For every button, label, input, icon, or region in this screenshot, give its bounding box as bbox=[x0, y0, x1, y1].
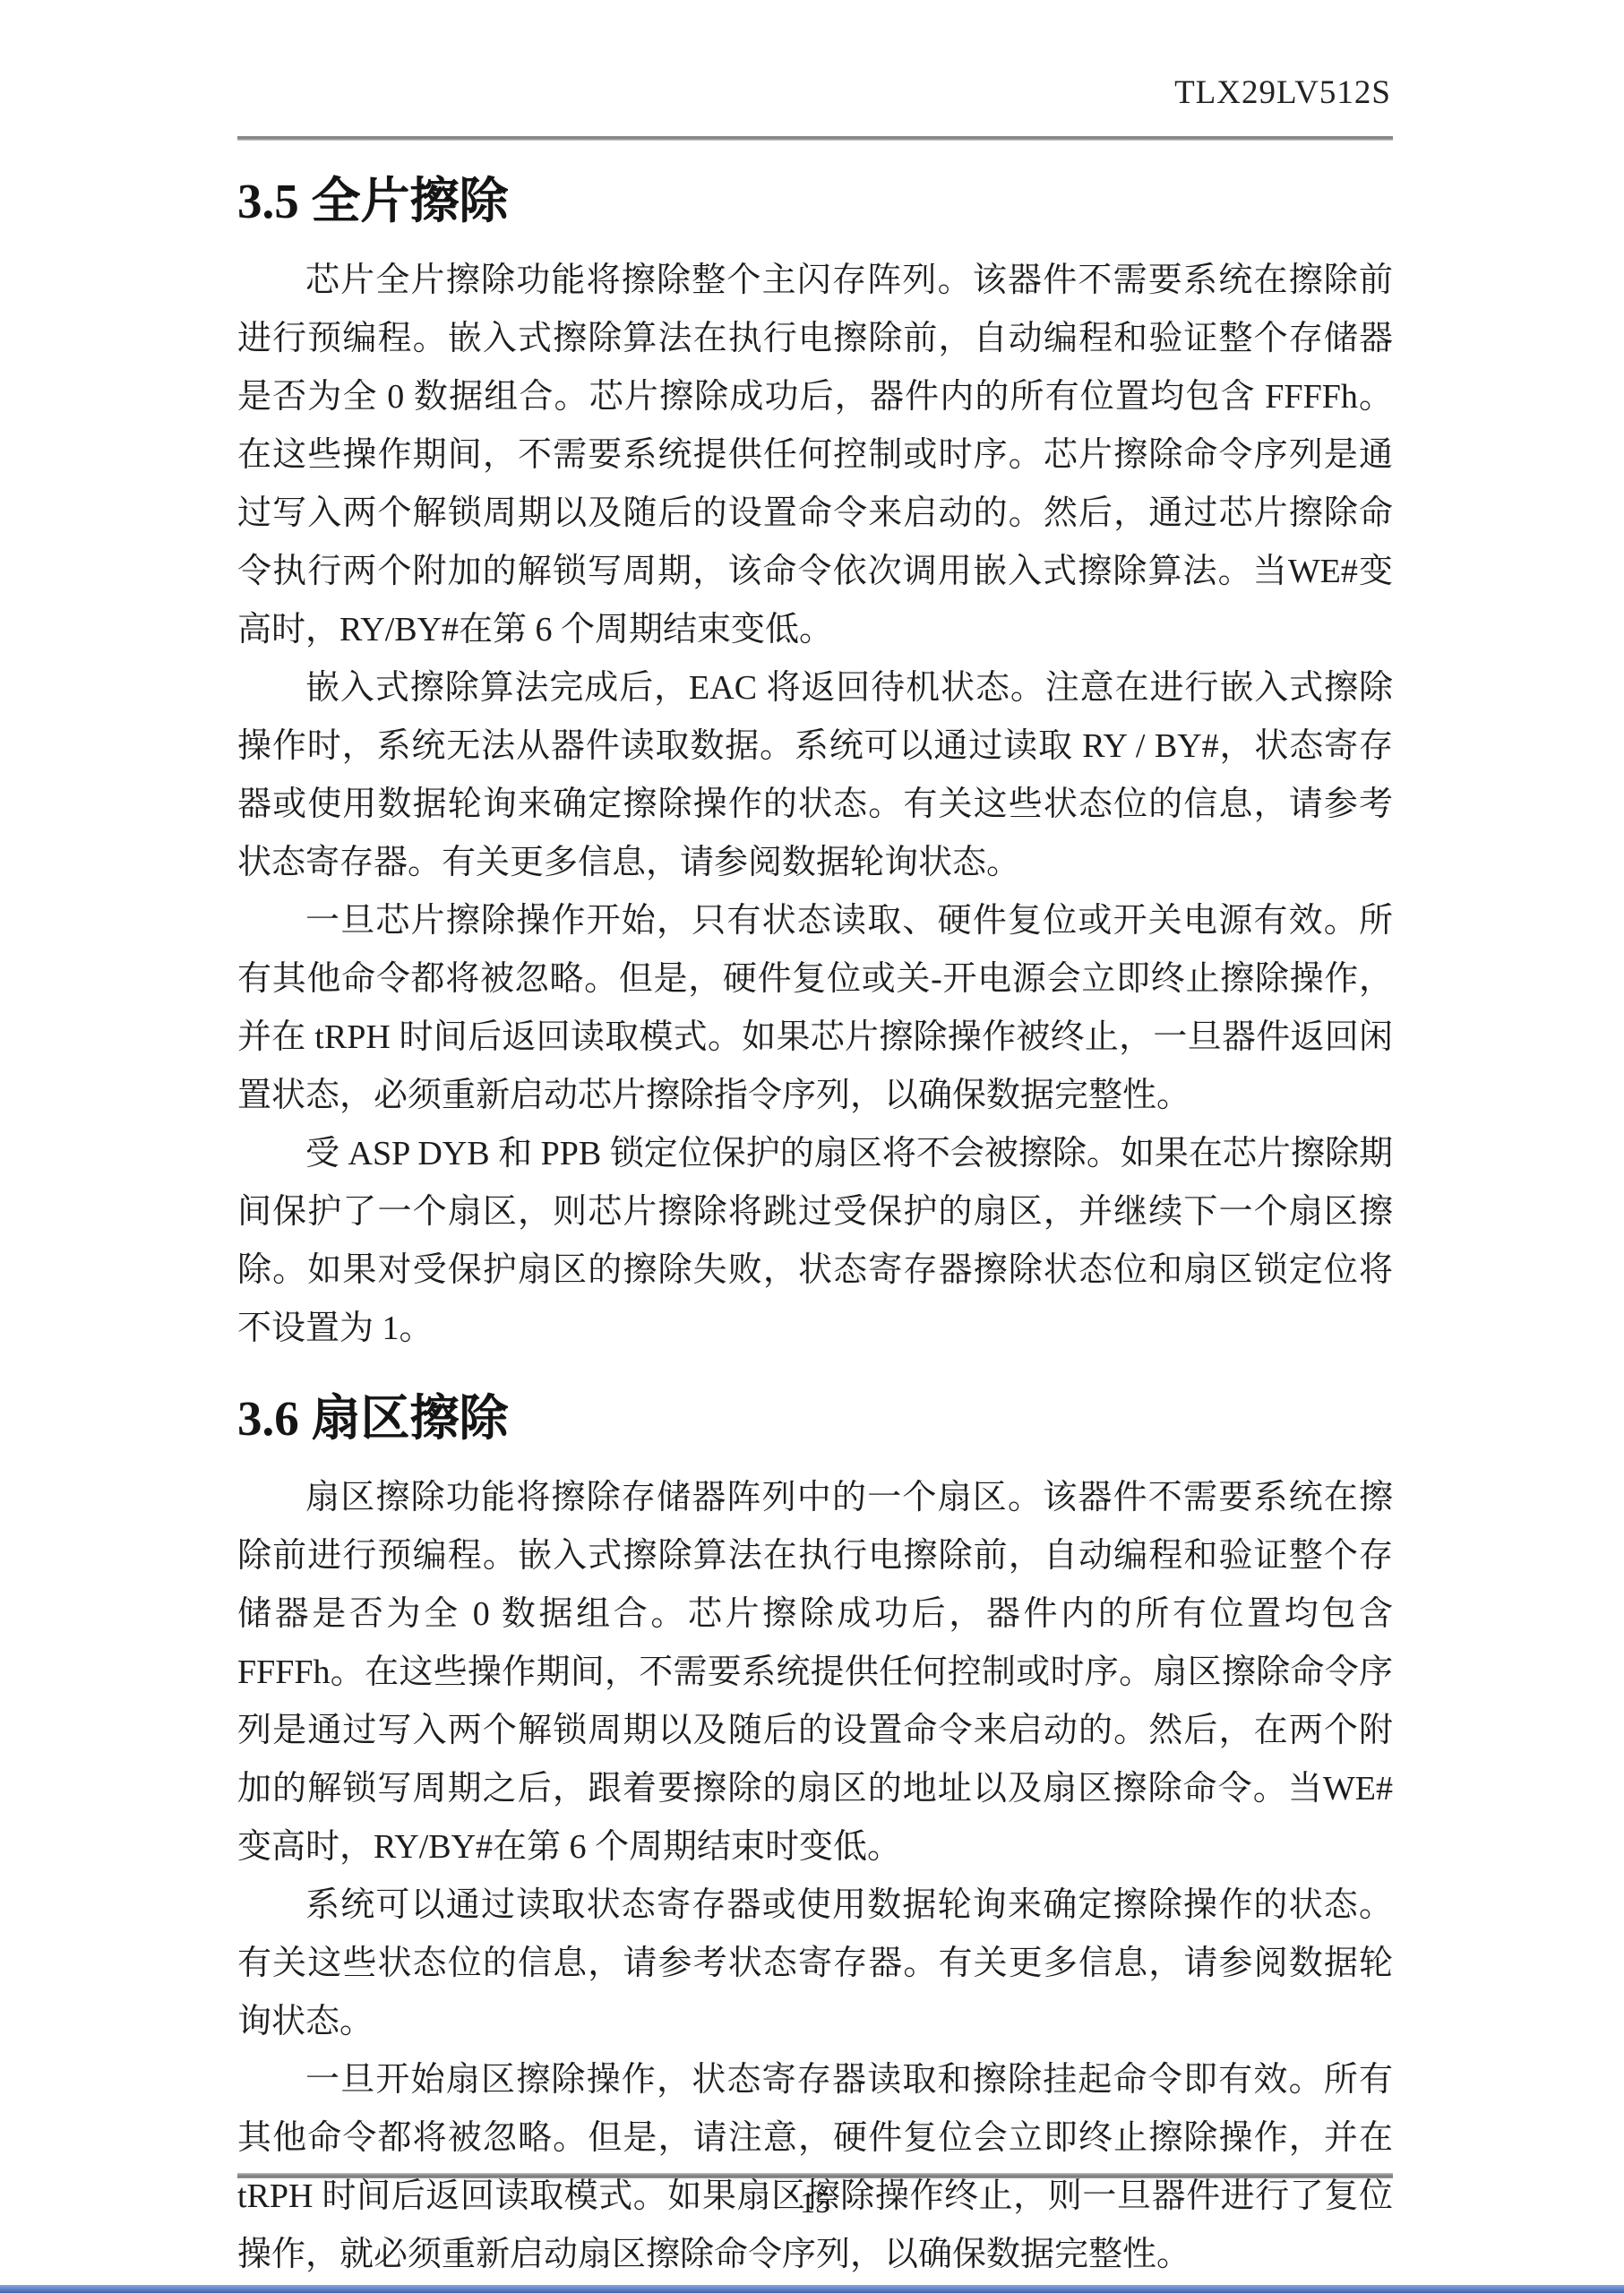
header-rule bbox=[237, 136, 1393, 141]
section-sector-erase: 3.6 扇区擦除 扇区擦除功能将擦除存储器阵列中的一个扇区。该器件不需要系统在擦… bbox=[237, 1387, 1393, 2284]
paragraph: 芯片全片擦除功能将擦除整个主闪存阵列。该器件不需要系统在擦除前进行预编程。嵌入式… bbox=[237, 252, 1393, 659]
section-3-5-heading: 3.5 全片擦除 bbox=[237, 169, 1393, 234]
paragraph: 一旦芯片擦除操作开始，只有状态读取、硬件复位或开关电源有效。所有其他命令都将被忽… bbox=[237, 892, 1393, 1125]
paragraph: 一旦开始扇区擦除操作，状态寄存器读取和擦除挂起命令即有效。所有其他命令都将被忽略… bbox=[237, 2051, 1393, 2284]
paragraph: 扇区擦除功能将擦除存储器阵列中的一个扇区。该器件不需要系统在擦除前进行预编程。嵌… bbox=[237, 1469, 1393, 1876]
document-page: TLX29LV512S 3.5 全片擦除 芯片全片擦除功能将擦除整个主闪存阵列。… bbox=[0, 0, 1624, 2293]
paragraph: 系统可以通过读取状态寄存器或使用数据轮询来确定擦除操作的状态。有关这些状态位的信… bbox=[237, 1876, 1393, 2051]
paragraph: 受 ASP DYB 和 PPB 锁定位保护的扇区将不会被擦除。如果在芯片擦除期间… bbox=[237, 1125, 1393, 1358]
section-chip-erase: 3.5 全片擦除 芯片全片擦除功能将擦除整个主闪存阵列。该器件不需要系统在擦除前… bbox=[237, 169, 1393, 1358]
section-3-6-heading: 3.6 扇区擦除 bbox=[237, 1387, 1393, 1451]
page-header: TLX29LV512S bbox=[237, 73, 1393, 141]
page-number: 15 bbox=[237, 2178, 1393, 2225]
viewer-bottom-bar bbox=[0, 2285, 1624, 2293]
paragraph: 嵌入式擦除算法完成后，EAC 将返回待机状态。注意在进行嵌入式擦除操作时，系统无… bbox=[237, 659, 1393, 892]
page-content: TLX29LV512S 3.5 全片擦除 芯片全片擦除功能将擦除整个主闪存阵列。… bbox=[237, 0, 1393, 2284]
page-footer: 15 bbox=[237, 2173, 1393, 2225]
doc-code: TLX29LV512S bbox=[237, 73, 1393, 113]
